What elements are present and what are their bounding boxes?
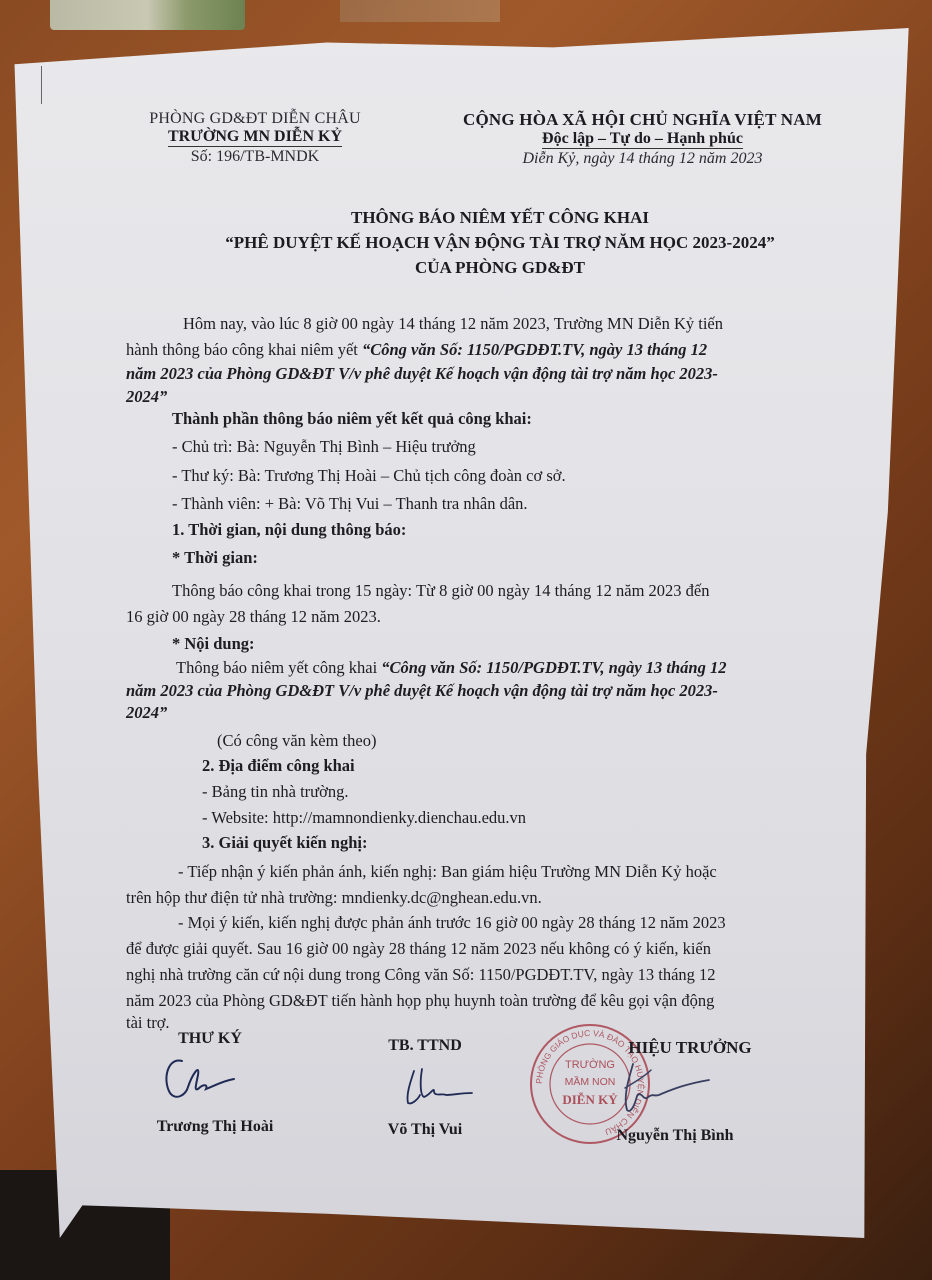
- member-item: - Chủ trì: Bà: Nguyễn Thị Bình – Hiệu tr…: [172, 437, 476, 457]
- signature-name-secretary: Trương Thị Hoài: [130, 1118, 300, 1136]
- content-quote-line: năm 2023 của Phòng GD&ĐT V/v phê duyệt K…: [126, 681, 718, 701]
- feedback-line: - Mọi ý kiến, kiến nghị được phản ánh tr…: [178, 913, 726, 933]
- signature-title-secretary: THƯ KÝ: [150, 1030, 270, 1048]
- content-quote-line: 2024”: [126, 703, 167, 723]
- location-item-website: - Website: http://mamnondienky.dienchau.…: [202, 808, 526, 828]
- intro-quote-line: năm 2023 của Phòng GD&ĐT V/v phê duyệt K…: [126, 364, 718, 384]
- intro-line: Hôm nay, vào lúc 8 giờ 00 ngày 14 tháng …: [183, 314, 723, 334]
- department-name: PHÒNG GD&ĐT DIỄN CHÂU: [110, 110, 400, 128]
- feedback-line: năm 2023 của Phòng GD&ĐT tiến hành họp p…: [126, 991, 714, 1011]
- signature-title-principal: HIỆU TRƯỞNG: [605, 1038, 775, 1058]
- intro-line: hành thông báo công khai niêm yết “Công …: [126, 340, 707, 360]
- title-line-3: CỦA PHÒNG GD&ĐT: [160, 255, 840, 280]
- feedback-line: trên hộp thư điện tử nhà trường: mndienk…: [126, 888, 542, 908]
- signature-name-principal: Nguyễn Thị Bình: [590, 1127, 760, 1145]
- header-right: CỘNG HÒA XÃ HỘI CHỦ NGHĨA VIỆT NAM Độc l…: [440, 110, 845, 168]
- section-1-heading: 1. Thời gian, nội dung thông báo:: [172, 520, 406, 540]
- section-2-heading: 2. Địa điểm công khai: [202, 756, 355, 776]
- feedback-line: - Tiếp nhận ý kiến phản ánh, kiến nghị: …: [178, 862, 717, 882]
- intro-quote-line: 2024”: [126, 387, 167, 407]
- feedback-line: nghị nhà trường căn cứ nội dung trong Cô…: [126, 965, 716, 985]
- time-line: Thông báo công khai trong 15 ngày: Từ 8 …: [172, 581, 710, 601]
- intro-text: hành thông báo công khai niêm yết: [126, 340, 362, 359]
- feedback-line: để được giải quyết. Sau 16 giờ 00 ngày 2…: [126, 939, 711, 959]
- signature-name-inspector: Võ Thị Vui: [360, 1121, 490, 1139]
- title-line-2: “PHÊ DUYỆT KẾ HOẠCH VẬN ĐỘNG TÀI TRỢ NĂM…: [160, 230, 840, 255]
- member-item: - Thành viên: + Bà: Võ Thị Vui – Thanh t…: [172, 494, 528, 514]
- member-item: - Thư ký: Bà: Trương Thị Hoài – Chủ tịch…: [172, 466, 566, 486]
- school-name: TRƯỜNG MN DIỄN KỶ: [168, 128, 342, 147]
- section-3-heading: 3. Giải quyết kiến nghị:: [202, 833, 368, 853]
- content-text: Thông báo niêm yết công khai: [176, 658, 381, 677]
- header-left: PHÒNG GD&ĐT DIỄN CHÂU TRƯỜNG MN DIỄN KỶ …: [110, 110, 400, 166]
- content-line: Thông báo niêm yết công khai “Công văn S…: [176, 658, 726, 678]
- national-motto: Độc lập – Tự do – Hạnh phúc: [542, 130, 743, 149]
- place-date: Diễn Kỷ, ngày 14 tháng 12 năm 2023: [440, 150, 845, 168]
- signature-secretary: [160, 1055, 250, 1105]
- signature-principal: [605, 1060, 725, 1120]
- location-item: - Bảng tin nhà trường.: [202, 782, 348, 802]
- content-quote: “Công văn Số: 1150/PGDĐT.TV, ngày 13 thá…: [381, 658, 726, 677]
- nation-title: CỘNG HÒA XÃ HỘI CHỦ NGHĨA VIỆT NAM: [440, 110, 845, 130]
- title-line-1: THÔNG BÁO NIÊM YẾT CÔNG KHAI: [160, 205, 840, 230]
- signature-inspector: [400, 1065, 480, 1110]
- document-number: Số: 196/TB-MNDK: [110, 148, 400, 166]
- attachment-note: (Có công văn kèm theo): [217, 731, 376, 751]
- document-content: PHÒNG GD&ĐT DIỄN CHÂU TRƯỜNG MN DIỄN KỶ …: [0, 0, 932, 1280]
- time-heading: * Thời gian:: [172, 548, 258, 568]
- time-line: 16 giờ 00 ngày 28 tháng 12 năm 2023.: [126, 607, 381, 627]
- intro-quote: “Công văn Số: 1150/PGDĐT.TV, ngày 13 thá…: [362, 340, 707, 359]
- document-title: THÔNG BÁO NIÊM YẾT CÔNG KHAI “PHÊ DUYỆT …: [160, 205, 840, 280]
- content-heading: * Nội dung:: [172, 634, 255, 654]
- members-heading: Thành phần thông báo niêm yết kết quả cô…: [172, 409, 532, 429]
- signature-title-inspector: TB. TTND: [370, 1037, 480, 1055]
